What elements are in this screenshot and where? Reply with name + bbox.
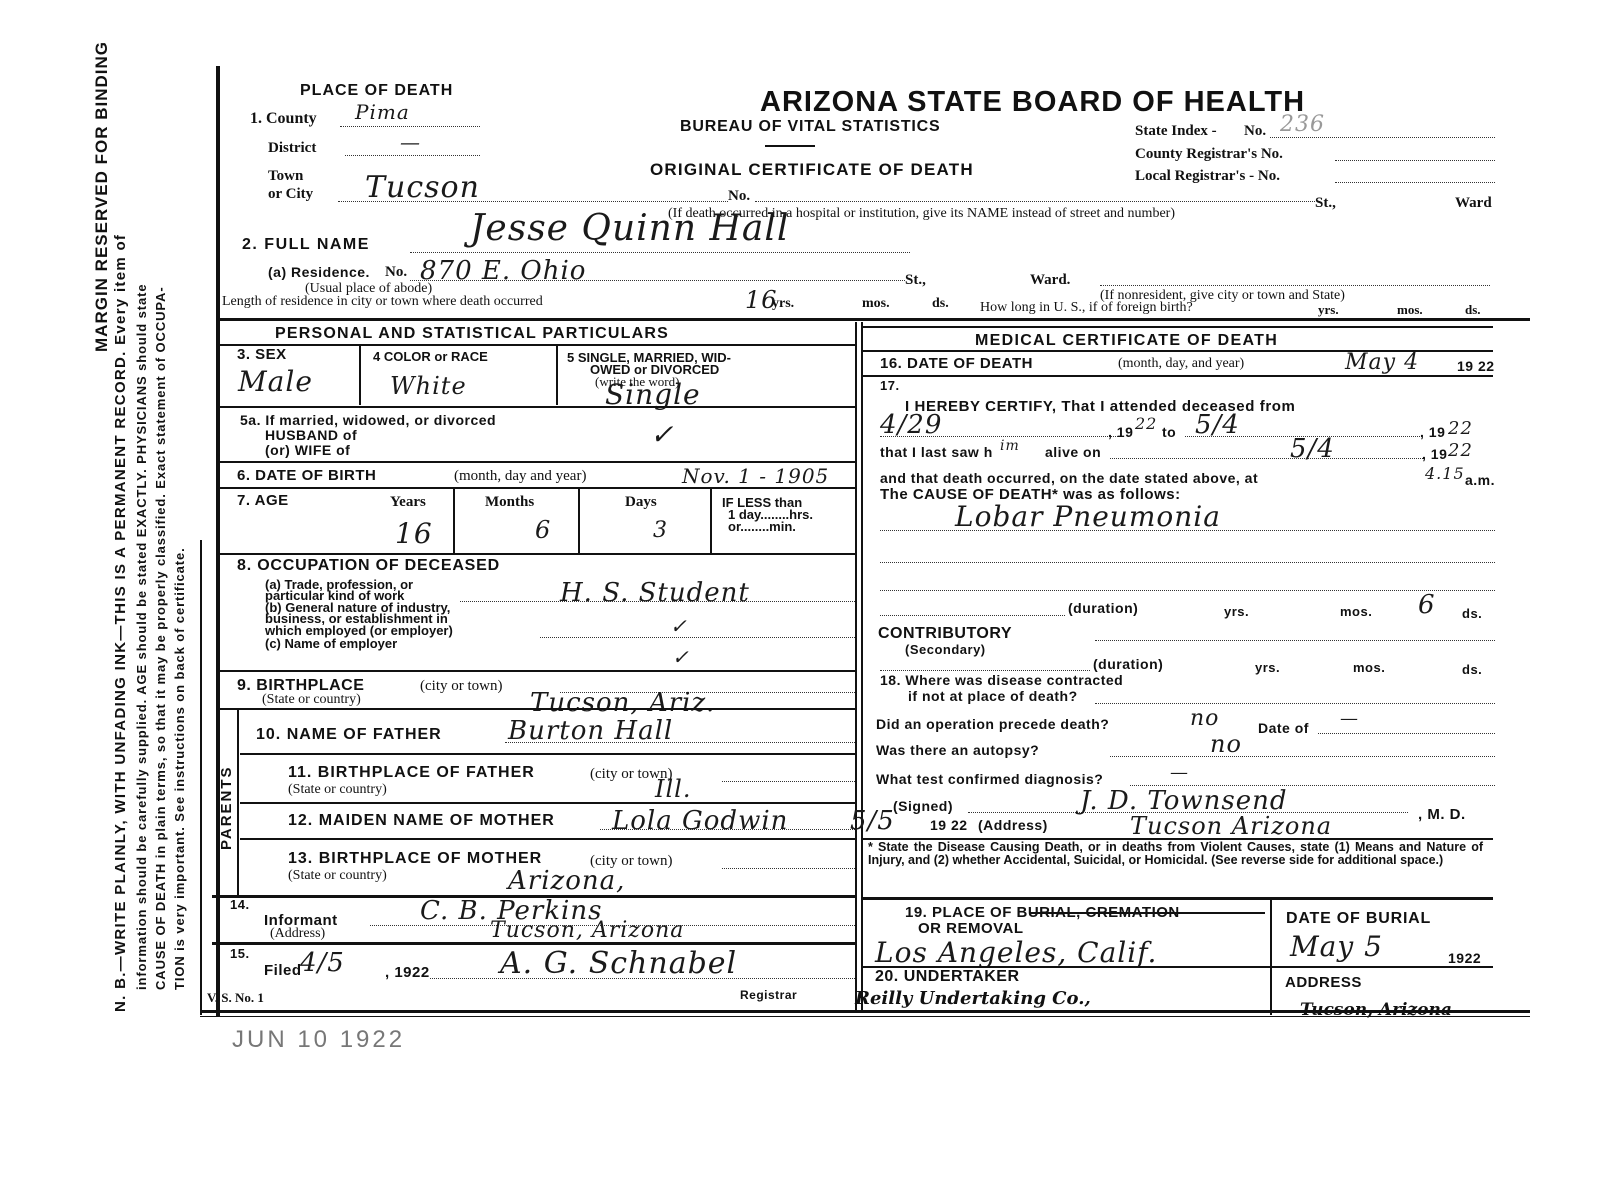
agency-title: ARIZONA STATE BOARD OF HEALTH bbox=[760, 86, 1305, 119]
father-value: Burton Hall bbox=[508, 716, 673, 746]
county-label: 1. County bbox=[250, 110, 317, 128]
duration-ds-label: ds. bbox=[1462, 606, 1482, 621]
county-registrar-label: County Registrar's No. bbox=[1135, 146, 1283, 163]
race-marital-divider bbox=[556, 345, 558, 405]
attended-to-value: 5/4 bbox=[1195, 410, 1240, 440]
occupation-label: 8. OCCUPATION OF DECEASED bbox=[237, 557, 500, 575]
received-stamp: JUN 10 1922 bbox=[232, 1026, 405, 1054]
less-than-label-3: or........min. bbox=[728, 520, 796, 533]
operation-label: Did an operation precede death? bbox=[876, 716, 1109, 732]
alive-on-value: 5/4 bbox=[1290, 434, 1335, 464]
row-rule-12 bbox=[240, 838, 855, 840]
row-rule-11 bbox=[240, 802, 855, 804]
row-rule-9 bbox=[220, 708, 855, 710]
informant-address-label: (Address) bbox=[270, 926, 325, 942]
burial-place-value: Los Angeles, Calif. bbox=[875, 936, 1157, 969]
row-rule-footnote bbox=[863, 897, 1493, 900]
sex-label: 3. SEX bbox=[237, 346, 287, 363]
town-value: Tucson bbox=[365, 170, 480, 205]
age-months-label: Months bbox=[485, 494, 534, 511]
occupation-c-value: ✓ bbox=[672, 645, 690, 669]
mother-birthplace-line bbox=[722, 868, 855, 869]
informant-number: 14. bbox=[230, 897, 250, 912]
secondary-duration-label: (duration) bbox=[1093, 656, 1163, 672]
autopsy-label: Was there an autopsy? bbox=[876, 742, 1039, 758]
burial-place-label-2: OR REMOVAL bbox=[918, 920, 1024, 937]
attended-from-value: 4/29 bbox=[880, 410, 942, 440]
row-rule-7 bbox=[220, 553, 855, 555]
birthplace-note-1: (city or town) bbox=[420, 678, 502, 695]
personal-heading-rule bbox=[220, 344, 855, 346]
father-label: 10. NAME OF FATHER bbox=[256, 726, 442, 744]
signed-date: 5/5 bbox=[850, 806, 895, 836]
operation-date-value: — bbox=[1340, 708, 1359, 729]
age-days-label: Days bbox=[625, 494, 657, 511]
q18-label-2: if not at place of death? bbox=[908, 688, 1078, 704]
dob-note: (month, day and year) bbox=[454, 468, 586, 485]
bureau-title: BUREAU OF VITAL STATISTICS bbox=[680, 118, 941, 136]
undertaker-label: 20. UNDERTAKER bbox=[875, 968, 1020, 986]
row-rule-5a bbox=[220, 461, 855, 463]
header-rule bbox=[765, 145, 815, 147]
row-rule-8 bbox=[220, 670, 855, 672]
row-rule-16 bbox=[863, 375, 1493, 377]
residence-label: (a) Residence. bbox=[268, 264, 370, 280]
local-registrar-label: Local Registrar's - No. bbox=[1135, 168, 1280, 185]
column-divider-b bbox=[861, 322, 863, 1012]
last-saw-label: that I last saw h bbox=[880, 444, 993, 460]
column-divider-a bbox=[855, 322, 857, 1012]
mother-label: 12. MAIDEN NAME OF MOTHER bbox=[288, 812, 555, 830]
signed-label: (Signed) bbox=[893, 798, 953, 814]
death-time-suffix: a.m. bbox=[1465, 472, 1495, 488]
age-label: 7. AGE bbox=[237, 492, 289, 509]
date-of-death-year: 19 22 bbox=[1457, 358, 1495, 374]
burial-date-value: May 5 bbox=[1290, 930, 1383, 963]
age-divider-1 bbox=[453, 488, 455, 553]
margin-instructions-line1: N. B.—WRITE PLAINLY, WITH UNFADING INK—T… bbox=[112, 234, 129, 1012]
residence-mos-label: mos. bbox=[862, 296, 890, 312]
spouse-label-1: 5a. If married, widowed, or divorced bbox=[240, 412, 496, 428]
last-saw-pronoun: im bbox=[1000, 438, 1020, 454]
death-time-label: and that death occurred, on the date sta… bbox=[880, 470, 1258, 486]
duration-yrs-label: yrs. bbox=[1224, 604, 1249, 619]
filed-line bbox=[430, 978, 855, 979]
form-number: V. S. No. 1 bbox=[207, 990, 264, 1006]
cause-of-death-value: Lobar Pneumonia bbox=[955, 500, 1221, 533]
town-label: Town bbox=[268, 168, 303, 185]
q18-label-1: 18. Where was disease contracted bbox=[880, 672, 1123, 688]
place-of-death-heading: PLACE OF DEATH bbox=[300, 82, 453, 100]
county-line bbox=[340, 126, 480, 127]
state-index-value: 236 bbox=[1280, 112, 1325, 137]
sex-value: Male bbox=[238, 365, 313, 398]
father-birthplace-line bbox=[722, 781, 855, 782]
mother-birthplace-value: Arizona, bbox=[508, 866, 625, 896]
death-time-value: 4.15 bbox=[1425, 464, 1465, 483]
occupation-b-value: ✓ bbox=[670, 614, 688, 638]
filed-number: 15. bbox=[230, 946, 250, 961]
registrar-signature: A. G. Schnabel bbox=[500, 946, 737, 981]
city-label: or City bbox=[268, 186, 313, 203]
medical-heading-top-rule bbox=[863, 326, 1493, 328]
dob-label: 6. DATE OF BIRTH bbox=[237, 467, 376, 484]
secondary-mos-label: mos. bbox=[1353, 660, 1385, 675]
foreign-mos-label: mos. bbox=[1397, 302, 1423, 318]
foreign-birth-label: How long in U. S., if of foreign birth? bbox=[980, 300, 1193, 316]
residence-no-label: No. bbox=[385, 264, 407, 281]
district-label: District bbox=[268, 140, 316, 157]
state-index-no-label: No. bbox=[1244, 123, 1266, 140]
row-rule-10 bbox=[240, 753, 855, 755]
cause-line-2 bbox=[880, 562, 1495, 563]
state-index-line bbox=[1270, 137, 1495, 138]
item-17-number: 17. bbox=[880, 378, 900, 393]
occupation-a-value: H. S. Student bbox=[560, 578, 750, 608]
secondary-label: (Secondary) bbox=[905, 642, 986, 657]
attended-to-label: to bbox=[1162, 424, 1176, 440]
date-of-death-value: May 4 bbox=[1345, 350, 1419, 375]
autopsy-line bbox=[1110, 756, 1495, 757]
margin-instructions-line2: information should be carefully supplied… bbox=[134, 284, 149, 990]
alive-on-year-prefix: , 19 bbox=[1422, 446, 1447, 462]
filed-label: Filed bbox=[264, 962, 302, 979]
signed-year: 19 22 bbox=[930, 817, 968, 833]
attended-from-year-prefix: , 19 bbox=[1108, 424, 1133, 440]
race-value: White bbox=[390, 372, 467, 400]
undertaker-value: Reilly Undertaking Co., bbox=[855, 988, 1091, 1009]
date-of-death-note: (month, day, and year) bbox=[1118, 356, 1244, 372]
operation-value: no bbox=[1190, 706, 1219, 731]
age-months-value: 6 bbox=[535, 516, 551, 544]
birthplace-note-2: (State or country) bbox=[262, 692, 361, 708]
county-value: Pima bbox=[355, 100, 410, 124]
attended-from-year: 22 bbox=[1135, 414, 1157, 433]
burial-date-year: 1922 bbox=[1448, 950, 1481, 966]
occupation-b-line bbox=[540, 637, 855, 638]
burial-date-label: DATE OF BURIAL bbox=[1286, 910, 1431, 928]
mother-birthplace-label: 13. BIRTHPLACE OF MOTHER bbox=[288, 850, 542, 868]
attended-to-year-prefix: , 19 bbox=[1420, 424, 1445, 440]
spouse-value: ✓ bbox=[650, 418, 674, 451]
contributory-label: CONTRIBUTORY bbox=[878, 625, 1012, 643]
father-birthplace-label: 11. BIRTHPLACE OF FATHER bbox=[288, 764, 535, 782]
mother-birthplace-note-2: (State or country) bbox=[288, 868, 387, 884]
district-line bbox=[345, 155, 480, 156]
mother-value: Lola Godwin bbox=[612, 806, 788, 836]
duration-days-value: 6 bbox=[1418, 590, 1436, 620]
spouse-label-3: (or) WIFE of bbox=[265, 442, 350, 458]
alive-on-line bbox=[1110, 458, 1425, 459]
attended-to-year: 22 bbox=[1448, 418, 1473, 439]
county-registrar-line bbox=[1335, 160, 1495, 161]
q18-line bbox=[1095, 703, 1495, 704]
state-index-label: State Index - bbox=[1135, 123, 1217, 140]
spouse-label-2: HUSBAND of bbox=[265, 427, 357, 443]
street-line bbox=[755, 201, 1315, 202]
nonresident-line bbox=[1100, 285, 1490, 286]
age-days-value: 3 bbox=[653, 518, 668, 543]
cause-line-3 bbox=[880, 590, 1495, 591]
dob-value: Nov. 1 - 1905 bbox=[682, 464, 829, 488]
residence-ds-label: ds. bbox=[932, 296, 949, 312]
row-rule-5 bbox=[220, 406, 855, 408]
duration-label: (duration) bbox=[1068, 600, 1138, 616]
certificate-title: ORIGINAL CERTIFICATE OF DEATH bbox=[650, 160, 974, 180]
secondary-yrs-label: yrs. bbox=[1255, 660, 1280, 675]
row-rule-6 bbox=[220, 487, 855, 489]
alive-on-label: alive on bbox=[1045, 444, 1101, 460]
section-divider-top bbox=[220, 318, 1530, 321]
race-label: 4 COLOR or RACE bbox=[373, 350, 488, 363]
form-left-border bbox=[216, 66, 220, 1016]
alive-on-year: 22 bbox=[1448, 440, 1473, 461]
burial-divider bbox=[1270, 900, 1272, 1015]
father-birthplace-note-2: (State or country) bbox=[288, 782, 387, 798]
age-years-value: 16 bbox=[395, 517, 433, 550]
birthplace-value: Tucson, Ariz. bbox=[530, 688, 715, 718]
physician-address-value: Tucson Arizona bbox=[1130, 812, 1332, 840]
operation-date-label: Date of bbox=[1258, 720, 1309, 736]
physician-address-label: (Address) bbox=[978, 817, 1048, 833]
residence-st-label: St., bbox=[905, 272, 926, 289]
row-rule-14 bbox=[212, 942, 855, 945]
filed-year: , 1922 bbox=[385, 964, 430, 981]
secondary-ds-label: ds. bbox=[1462, 662, 1482, 677]
test-confirmed-value: — bbox=[1170, 762, 1189, 783]
secondary-duration-line bbox=[880, 670, 1090, 671]
residence-length-label: Length of residence in city or town wher… bbox=[222, 294, 543, 310]
age-divider-3 bbox=[710, 488, 712, 553]
full-name-value: Jesse Quinn Hall bbox=[470, 208, 789, 249]
medical-heading: MEDICAL CERTIFICATE OF DEATH bbox=[975, 332, 1278, 350]
date-of-death-label: 16. DATE OF DEATH bbox=[880, 355, 1033, 372]
parents-label: PARENTS bbox=[218, 765, 235, 850]
residence-yrs-label: yrs. bbox=[772, 296, 794, 312]
street-st-label: St., bbox=[1315, 195, 1336, 212]
residence-ward-label: Ward. bbox=[1030, 272, 1070, 289]
margin-instructions-line3: CAUSE OF DEATH in plain terms, so that i… bbox=[153, 286, 168, 990]
foreign-ds-label: ds. bbox=[1465, 302, 1481, 318]
burial-strikethrough bbox=[1030, 912, 1265, 914]
district-value: — bbox=[400, 130, 421, 154]
residence-value: 870 E. Ohio bbox=[420, 256, 586, 286]
street-no-label: No. bbox=[728, 188, 750, 205]
contributory-line bbox=[1095, 640, 1495, 641]
undertaker-address-label: ADDRESS bbox=[1285, 974, 1362, 991]
undertaker-address-value: Tucson, Arizona bbox=[1300, 1000, 1452, 1020]
md-label: , M. D. bbox=[1418, 806, 1466, 823]
form-left-outer bbox=[200, 540, 202, 1015]
full-name-label: 2. FULL NAME bbox=[242, 236, 370, 254]
occupation-c-label: (c) Name of employer bbox=[265, 637, 397, 650]
age-divider-2 bbox=[578, 488, 580, 553]
personal-heading: PERSONAL AND STATISTICAL PARTICULARS bbox=[275, 325, 669, 343]
foreign-yrs-label: yrs. bbox=[1318, 302, 1339, 318]
father-birthplace-value: Ill. bbox=[655, 775, 691, 803]
operation-date-line bbox=[1318, 733, 1495, 734]
local-registrar-line bbox=[1335, 182, 1495, 183]
parents-divider bbox=[237, 710, 239, 895]
test-confirmed-label: What test confirmed diagnosis? bbox=[876, 771, 1103, 787]
margin-binding-note: MARGIN RESERVED FOR BINDING bbox=[92, 41, 112, 1012]
informant-address-value: Tucson, Arizona bbox=[490, 918, 684, 943]
ward-label: Ward bbox=[1455, 195, 1492, 212]
age-years-label: Years bbox=[390, 494, 426, 511]
autopsy-value: no bbox=[1210, 730, 1242, 758]
sex-race-divider bbox=[359, 345, 361, 405]
filed-date-value: 4/5 bbox=[300, 948, 345, 978]
full-name-line bbox=[410, 252, 910, 253]
registrar-label: Registrar bbox=[740, 988, 797, 1002]
cause-footnote: * State the Disease Causing Death, or in… bbox=[868, 841, 1483, 866]
duration-mos-label: mos. bbox=[1340, 604, 1372, 619]
duration-line bbox=[880, 615, 1065, 616]
margin-instructions-line4: TION is very important. See instructions… bbox=[172, 547, 187, 990]
